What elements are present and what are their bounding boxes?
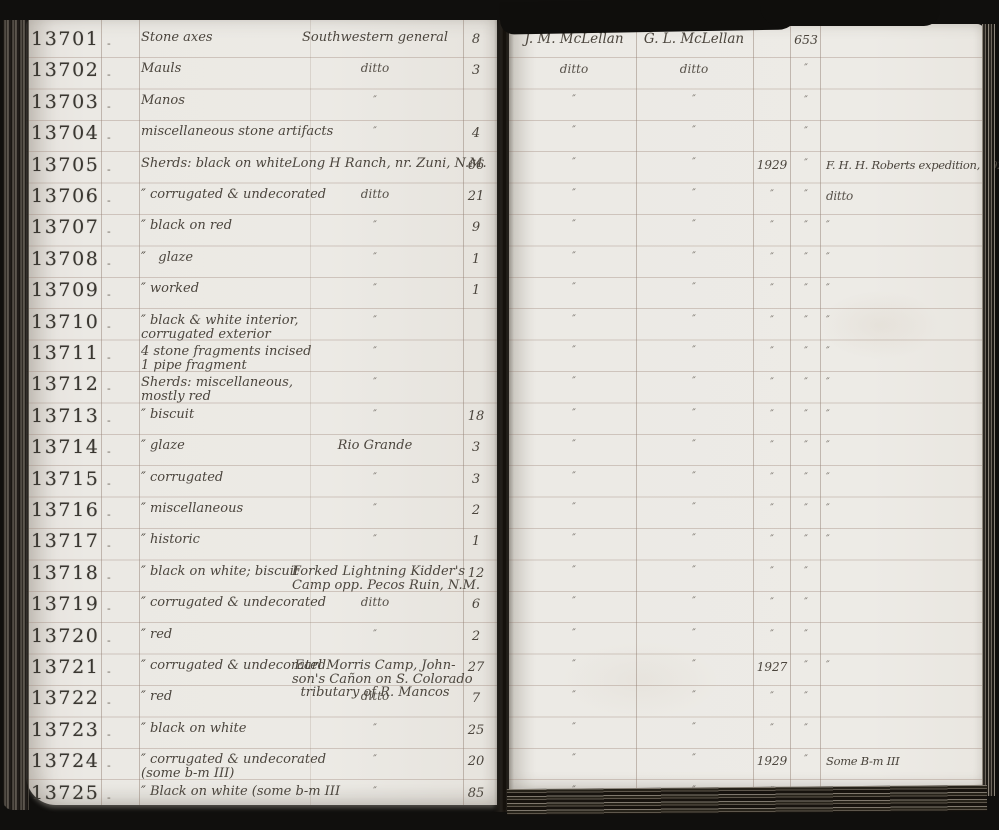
locality: ″ — [292, 314, 458, 328]
received-from: ″ — [514, 219, 634, 230]
specimen-count: 7 — [458, 691, 494, 706]
received-from: ″ — [514, 125, 634, 136]
remarks: ″ — [826, 315, 829, 326]
dash-mark: - — [107, 37, 111, 50]
object-description: ″ glaze — [141, 251, 193, 265]
object-description: ″ biscuit — [141, 408, 194, 422]
collected-by: ditto — [637, 62, 751, 76]
accession-number: 13725 — [31, 782, 101, 804]
catalog-number: ″ — [791, 220, 821, 231]
year: ″ — [754, 377, 790, 388]
accession-number: 13715 — [31, 468, 101, 490]
remarks: ″ — [826, 472, 829, 483]
dash-mark: - — [107, 320, 111, 333]
year: ″ — [754, 472, 790, 483]
catalog-number: ″ — [791, 126, 821, 137]
accession-number: 13714 — [31, 436, 101, 458]
received-from: ″ — [514, 628, 634, 639]
year: ″ — [754, 252, 790, 263]
catalog-number: ″ — [791, 283, 821, 294]
dash-mark: - — [107, 508, 111, 521]
dash-mark: - — [107, 571, 111, 584]
catalog-number: ″ — [791, 503, 821, 514]
received-from: ″ — [514, 282, 634, 293]
object-description: ″ worked — [141, 282, 199, 296]
year: ″ — [754, 440, 790, 451]
page-stack-bottom-edge — [507, 785, 987, 815]
collected-by: ″ — [637, 502, 751, 513]
page-gutter-line — [503, 16, 506, 810]
object-description: ″ black on white — [141, 722, 246, 736]
locality: Rio Grande — [292, 439, 458, 453]
specimen-count: 2 — [458, 629, 494, 644]
accession-number: 13709 — [31, 279, 101, 301]
received-from: ″ — [514, 722, 634, 733]
locality: Forked Lightning Kidder's Camp opp. Peco… — [292, 565, 458, 592]
object-description: Mauls — [141, 62, 181, 76]
catalog-number: 653 — [791, 32, 821, 47]
dash-mark: - — [107, 665, 111, 678]
dash-mark: - — [107, 634, 111, 647]
collected-by: ″ — [637, 376, 751, 387]
received-from: ″ — [514, 471, 634, 482]
year: ″ — [754, 189, 790, 200]
accession-number: 13724 — [31, 750, 101, 772]
specimen-count: 8 — [458, 32, 494, 47]
specimen-count: 18 — [458, 409, 494, 424]
accession-number: 13707 — [31, 216, 101, 238]
catalog-number: ″ — [791, 409, 821, 420]
collected-by: ″ — [637, 533, 751, 544]
catalog-number: ″ — [791, 440, 821, 451]
catalog-number: ″ — [791, 158, 821, 169]
page-stack-fore-edge — [982, 24, 995, 796]
dash-mark: - — [107, 257, 111, 270]
received-from: ″ — [514, 157, 634, 168]
scanned-ledger-page: 13701 - Stone axes Southwestern general … — [0, 0, 999, 830]
locality: ″ — [292, 219, 458, 233]
dash-mark: - — [107, 602, 111, 615]
scan-background-shadow — [500, 0, 801, 35]
received-from: ″ — [514, 659, 634, 670]
dash-mark: - — [107, 351, 111, 364]
collected-by: ″ — [637, 596, 751, 607]
catalog-number: ″ — [791, 252, 821, 263]
specimen-count: 3 — [458, 440, 494, 455]
locality: ″ — [292, 785, 458, 799]
object-description: Manos — [141, 94, 185, 108]
dash-mark: - — [107, 477, 111, 490]
accession-number: 13716 — [31, 499, 101, 521]
catalog-number: ″ — [791, 566, 821, 577]
dash-mark: - — [107, 163, 111, 176]
year: ″ — [754, 409, 790, 420]
accession-number: 13701 — [31, 28, 101, 50]
accession-number: 13723 — [31, 719, 101, 741]
received-from: ″ — [514, 251, 634, 262]
specimen-count: 21 — [458, 189, 494, 204]
remarks: Some B-m III — [826, 754, 899, 768]
catalog-number: ″ — [791, 534, 821, 545]
catalog-number: ″ — [791, 315, 821, 326]
locality: ″ — [292, 502, 458, 516]
dash-mark: - — [107, 382, 111, 395]
collected-by: ″ — [637, 471, 751, 482]
object-description: ″ glaze — [141, 439, 185, 453]
locality: ″ — [292, 722, 458, 736]
received-from: ″ — [514, 502, 634, 513]
received-from: ″ — [514, 408, 634, 419]
locality: ″ — [292, 376, 458, 390]
accession-number: 13712 — [31, 373, 101, 395]
year: ″ — [754, 503, 790, 514]
specimen-count: 20 — [458, 754, 494, 769]
dash-mark: - — [107, 100, 111, 113]
catalog-number: ″ — [791, 472, 821, 483]
collected-by: ″ — [637, 722, 751, 733]
collected-by: ″ — [637, 408, 751, 419]
received-from: ″ — [514, 439, 634, 450]
collected-by: ″ — [637, 157, 751, 168]
dash-mark: - — [107, 194, 111, 207]
object-description: ″ red — [141, 690, 172, 704]
received-from: ″ — [514, 314, 634, 325]
object-description: ″ historic — [141, 533, 200, 547]
accession-number: 13717 — [31, 530, 101, 552]
catalog-number: ″ — [791, 346, 821, 357]
specimen-count: 6 — [458, 597, 494, 612]
locality: ditto — [292, 596, 458, 610]
accession-number: 13722 — [31, 687, 101, 709]
dash-mark: - — [107, 131, 111, 144]
collected-by: ″ — [637, 659, 751, 670]
received-from: ditto — [514, 62, 634, 76]
remarks: ″ — [826, 503, 829, 514]
locality: ″ — [292, 408, 458, 422]
remarks: ″ — [826, 346, 829, 357]
collected-by: ″ — [637, 690, 751, 701]
dash-mark: - — [107, 696, 111, 709]
catalog-number: ″ — [791, 95, 821, 106]
dash-mark: - — [107, 791, 111, 804]
specimen-count: 4 — [458, 126, 494, 141]
dash-mark: - — [107, 288, 111, 301]
collected-by: ″ — [637, 565, 751, 576]
collected-by: ″ — [637, 439, 751, 450]
catalog-number: ″ — [791, 377, 821, 388]
locality: ″ — [292, 753, 458, 767]
remarks: ″ — [826, 534, 829, 545]
collected-by: ″ — [637, 282, 751, 293]
remarks: F. H. H. Roberts expedition, 1929 — [826, 158, 999, 172]
specimen-count: 1 — [458, 534, 494, 549]
accession-number: 13711 — [31, 342, 101, 364]
received-from: ″ — [514, 94, 634, 105]
received-from: ″ — [514, 565, 634, 576]
dash-mark: - — [107, 414, 111, 427]
specimen-count: 25 — [458, 723, 494, 738]
locality: ″ — [292, 282, 458, 296]
received-from: ″ — [514, 533, 634, 544]
specimen-count: 3 — [458, 63, 494, 78]
year: ″ — [754, 315, 790, 326]
object-description: ″ black on white; biscuit — [141, 565, 299, 579]
collected-by: G. L. McLellan — [637, 31, 751, 47]
catalog-number: ″ — [791, 63, 821, 74]
accession-number: 13702 — [31, 59, 101, 81]
year: ″ — [754, 566, 790, 577]
year: 1929 — [754, 754, 790, 768]
remarks: ″ — [826, 283, 829, 294]
collected-by: ″ — [637, 125, 751, 136]
object-description: ″ corrugated — [141, 471, 223, 485]
year: ″ — [754, 723, 790, 734]
remarks: ″ — [826, 252, 829, 263]
object-description: Sherds: miscellaneous, mostly red — [141, 376, 293, 404]
locality: ditto — [292, 690, 458, 704]
object-description: 4 stone fragments incised 1 pipe fragmen… — [141, 345, 312, 373]
locality: ″ — [292, 125, 458, 139]
accession-number: 13704 — [31, 122, 101, 144]
accession-number: 13718 — [31, 562, 101, 584]
dash-mark: - — [107, 68, 111, 81]
remarks: ditto — [826, 189, 853, 203]
locality: ″ — [292, 345, 458, 359]
dash-mark: - — [107, 225, 111, 238]
collected-by: ″ — [637, 345, 751, 356]
locality: ditto — [292, 188, 458, 202]
locality: ″ — [292, 94, 458, 108]
locality: Southwestern general — [292, 31, 458, 45]
collected-by: ″ — [637, 628, 751, 639]
remarks: ″ — [826, 377, 829, 388]
dash-mark: - — [107, 728, 111, 741]
specimen-count: 27 — [458, 660, 494, 675]
locality: ″ — [292, 251, 458, 265]
catalog-number: ″ — [791, 660, 821, 671]
accession-number: 13705 — [31, 154, 101, 176]
collected-by: ″ — [637, 753, 751, 764]
specimen-count: 1 — [458, 283, 494, 298]
object-description: ″ red — [141, 628, 172, 642]
year: ″ — [754, 283, 790, 294]
year: 1929 — [754, 158, 790, 172]
year: ″ — [754, 346, 790, 357]
year: ″ — [754, 220, 790, 231]
object-description: Sherds: black on white — [141, 157, 292, 171]
object-description: ″ black on red — [141, 219, 232, 233]
book-binding-edge — [3, 14, 29, 810]
locality: ″ — [292, 533, 458, 547]
collected-by: ″ — [637, 188, 751, 199]
collected-by: ″ — [637, 94, 751, 105]
accession-number: 13721 — [31, 656, 101, 678]
received-from: ″ — [514, 596, 634, 607]
accession-number: 13713 — [31, 405, 101, 427]
locality: ″ — [292, 628, 458, 642]
year: 1927 — [754, 660, 790, 674]
accession-number: 13708 — [31, 248, 101, 270]
catalog-number: ″ — [791, 629, 821, 640]
catalog-number: ″ — [791, 597, 821, 608]
scan-background-shadow — [760, 0, 940, 26]
object-description: Stone axes — [141, 31, 213, 45]
catalog-number: ″ — [791, 723, 821, 734]
specimen-count: 2 — [458, 503, 494, 518]
accession-number: 13703 — [31, 91, 101, 113]
object-description: ″ miscellaneous — [141, 502, 243, 516]
accession-number: 13720 — [31, 625, 101, 647]
specimen-count: 1 — [458, 252, 494, 267]
dash-mark: - — [107, 759, 111, 772]
collected-by: ″ — [637, 251, 751, 262]
received-from: ″ — [514, 345, 634, 356]
collected-by: ″ — [637, 314, 751, 325]
year: ″ — [754, 534, 790, 545]
collected-by: ″ — [637, 219, 751, 230]
received-from: ″ — [514, 188, 634, 199]
accession-number: 13719 — [31, 593, 101, 615]
catalog-number: ″ — [791, 189, 821, 200]
year: ″ — [754, 629, 790, 640]
received-from: ″ — [514, 690, 634, 701]
received-from: ″ — [514, 376, 634, 387]
catalog-number: ″ — [791, 754, 821, 765]
remarks: ″ — [826, 220, 829, 231]
accession-number: 13710 — [31, 311, 101, 333]
year: ″ — [754, 691, 790, 702]
remarks: ″ — [826, 409, 829, 420]
locality: ditto — [292, 62, 458, 76]
catalog-number: ″ — [791, 691, 821, 702]
specimen-count: 66 — [458, 158, 494, 173]
year: ″ — [754, 597, 790, 608]
accession-number: 13706 — [31, 185, 101, 207]
dash-mark: - — [107, 539, 111, 552]
specimen-count: 9 — [458, 220, 494, 235]
specimen-count: 3 — [458, 472, 494, 487]
received-from: ″ — [514, 753, 634, 764]
remarks: ″ — [826, 660, 829, 671]
remarks: ″ — [826, 440, 829, 451]
locality: Long H Ranch, nr. Zuni, N.M. — [292, 157, 458, 171]
locality: ″ — [292, 471, 458, 485]
specimen-count: 12 — [458, 566, 494, 581]
specimen-count: 85 — [458, 786, 494, 801]
object-description: ″ black & white interior, corrugated ext… — [141, 314, 299, 342]
dash-mark: - — [107, 445, 111, 458]
